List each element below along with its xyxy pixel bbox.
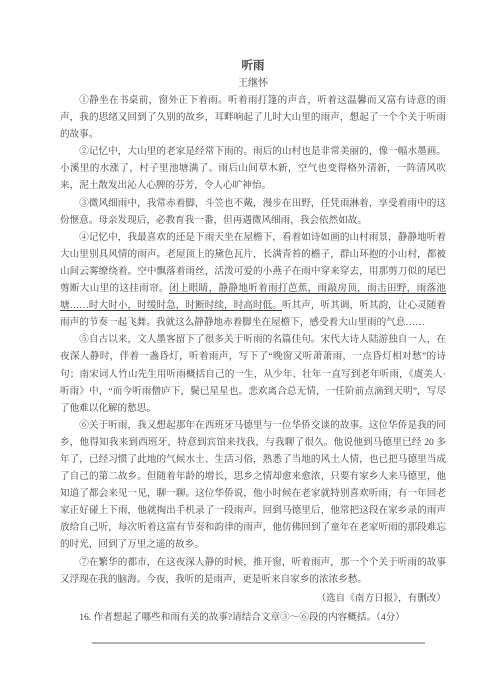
article-author: 王继怀 [60, 75, 446, 92]
paragraph-7: ⑦在繁华的都市，在这夜深人静的时候，推开窗，听着雨声，那一个个关于听雨的故事又浮… [60, 554, 446, 588]
exam-page: 听雨 王继怀 ①静坐在书桌前，窗外正下着雨。听着雨打篷的声音，听着这温馨而又富有… [0, 0, 500, 694]
question-16: 16. 作者想起了哪些和雨有关的故事?请结合文章③～⑥段的内容概括。（4分） [60, 609, 446, 626]
paragraph-5: ⑤自古以来，文人墨客留下了很多关于听雨的名篇佳句。宋代大诗人陆游独自一人，在夜深… [60, 331, 446, 416]
paragraph-6: ⑥关于听雨，我又想起那年在西班牙马德里与一位华侨交谈的故事。这位华侨是我的同乡，… [60, 417, 446, 554]
paragraph-1: ①静坐在书桌前，窗外正下着雨。听着雨打篷的声音，听着这温馨而又富有诗意的雨声，我… [60, 92, 446, 143]
source-attribution: （选自《南方日报》，有删改） [60, 590, 446, 607]
article-title: 听雨 [60, 58, 446, 75]
answer-line [92, 642, 425, 644]
paragraph-4: ④记忆中，我最喜欢的还是下雨天坐在屋檐下，看着如诗如画的山村雨景，静静地听着大山… [60, 229, 446, 332]
paragraph-2: ②记忆中，大山里的老家是经常下雨的。雨后的山村也是非常美丽的，像一幅水墨画。小溪… [60, 143, 446, 194]
paragraph-3: ③微风细雨中，我常赤着脚，斗笠也不戴，漫步在田野，任凭雨淋着，享受着雨中的这份惬… [60, 195, 446, 229]
